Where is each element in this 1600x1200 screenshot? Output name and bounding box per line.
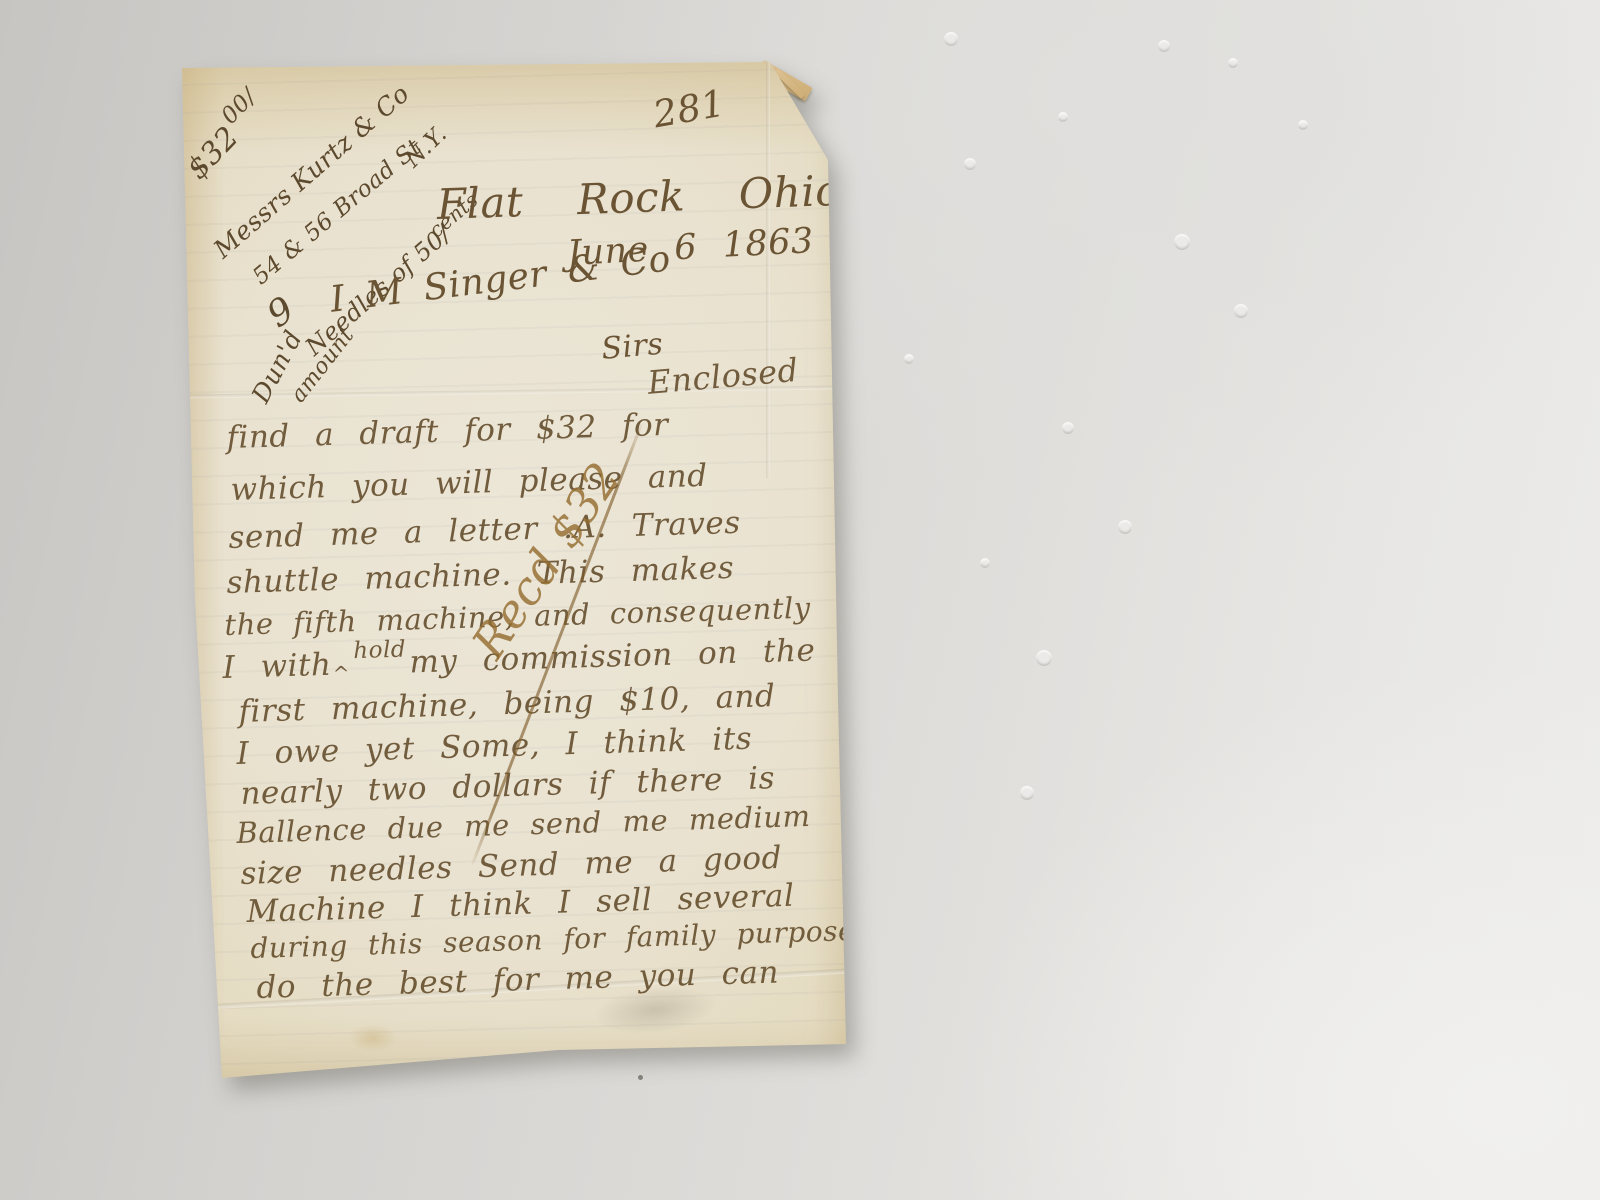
wall-dimple [904, 354, 914, 364]
photo-background: $3200/ Messrs Kurtz & Co 54 & 56 Broad S… [0, 0, 1600, 1200]
wall-dimple [1174, 234, 1190, 250]
wall-dimple [1158, 40, 1170, 52]
heading-salutation: Sirs [600, 327, 665, 367]
letter-paper: $3200/ Messrs Kurtz & Co 54 & 56 Broad S… [178, 58, 878, 1108]
paper-sheet: $3200/ Messrs Kurtz & Co 54 & 56 Broad S… [178, 58, 850, 1086]
insertion-pre: I with [222, 647, 332, 686]
wall-dimple [944, 32, 958, 46]
wall-dimple [1298, 120, 1308, 130]
paper-stain [338, 1018, 408, 1058]
insertion-word: hold [353, 637, 406, 665]
wall-dimple [1118, 520, 1132, 534]
wall-dimple [964, 158, 976, 170]
wall-dimple [1058, 112, 1068, 122]
wall-dimple [1234, 304, 1248, 318]
wall-dimple [1062, 422, 1074, 434]
wall-dimple [1020, 786, 1034, 800]
wall-dimple [980, 558, 990, 568]
wall-dimple [1228, 58, 1238, 68]
insertion-caret: ^ [332, 661, 350, 686]
wall-dimple [1036, 650, 1052, 666]
